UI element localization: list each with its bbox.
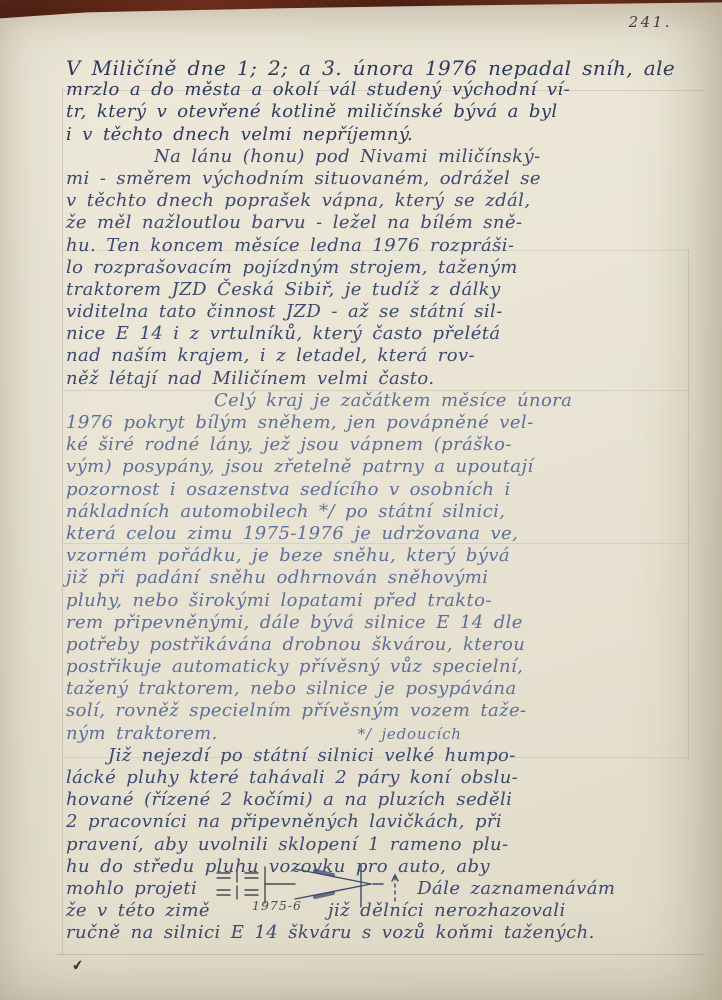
handwritten-line: tr, který v otevřené kotlině miličínské … (66, 101, 694, 123)
paragraph: V Miličíně dne 1; 2; a 3. února 1976 nep… (66, 57, 694, 146)
handwritten-line: V Miličíně dne 1; 2; a 3. února 1976 nep… (66, 57, 694, 79)
handwritten-line: viditelna tato činnost JZD - až se státn… (66, 301, 694, 323)
handwritten-line: hu. Ten koncem měsíce ledna 1976 rozpráš… (66, 235, 694, 257)
handwritten-line: tažený traktorem, nebo silnice je posypá… (66, 678, 694, 700)
handwritten-line: Celý kraj je začátkem měsíce února (66, 390, 694, 412)
handwritten-line: Již nejezdí po státní silnici velké hump… (66, 745, 694, 767)
handwritten-line: mrzlo a do města a okolí vál studený výc… (66, 79, 694, 101)
book-binding-edge (0, 0, 722, 20)
handwritten-line-with-sketch: mohlo projeti Dále zaznamenávám (66, 878, 694, 900)
handwritten-text: že v této zimě (66, 900, 210, 922)
handwritten-line: ným traktorem.*/ jedoucích (66, 723, 694, 745)
handwritten-line: nákladních automobilech */ po státní sil… (66, 501, 694, 523)
handwritten-line: vzorném pořádku, je beze sněhu, který bý… (66, 545, 694, 567)
handwritten-line: nad naším krajem, i z letadel, která rov… (66, 345, 694, 367)
handwritten-line: ké širé rodné lány, jež jsou vápnem (prá… (66, 434, 694, 456)
handwritten-line: traktorem JZD Česká Sibiř, je tudíž z dá… (66, 279, 694, 301)
handwritten-line: postřikuje automaticky přívěsný vůz spec… (66, 656, 694, 678)
paper-seam (55, 954, 705, 955)
handwritten-line: vým) posypány, jsou zřetelně patrny a up… (66, 456, 694, 478)
handwritten-line: nice E 14 i z vrtulníků, který často pře… (66, 323, 694, 345)
handwritten-line: hované (řízené 2 kočími) a na pluzích se… (66, 789, 694, 811)
handwritten-line: již při padání sněhu odhrnován sněhovými (66, 567, 694, 589)
handwritten-line: mi - směrem východním situovaném, odráže… (66, 168, 694, 190)
handwritten-line: pluhy, nebo širokými lopatami před trakt… (66, 590, 694, 612)
handwritten-line: něž létají nad Miličínem velmi často. (66, 368, 694, 390)
handwritten-line: v těchto dnech poprašek vápna, který se … (66, 190, 694, 212)
handwritten-line: lácké pluhy které tahávali 2 páry koní o… (66, 767, 694, 789)
handwritten-line: že v této zimě1975-6již dělníci nerozhaz… (66, 900, 694, 922)
chronicle-page-scan: 241. V Miličíně dne 1; 2; a 3. února 197… (0, 0, 722, 1000)
handwritten-line: rem připevněnými, dále bývá silnice E 14… (66, 612, 694, 634)
handwritten-text: již dělníci nerozhazovali (328, 900, 566, 922)
check-mark: ✔ (71, 957, 85, 974)
handwritten-line: pravení, aby uvolnili sklopení 1 rameno … (66, 834, 694, 856)
footnote-text: */ jedoucích (358, 725, 462, 743)
handwritten-line: pozornost i osazenstva sedícího v osobní… (66, 479, 694, 501)
paragraph: Celý kraj je začátkem měsíce února1976 p… (66, 390, 694, 745)
sketch-year-label: 1975-6 (252, 895, 302, 917)
paragraph: Na lánu (honu) pod Nivami miličínský-mi … (66, 146, 694, 390)
handwritten-line: 1976 pokryt bílým sněhem, jen povápněné … (66, 412, 694, 434)
handwritten-line: 2 pracovníci na připevněných lavičkách, … (66, 811, 694, 833)
handwritten-text: Dále zaznamenávám (417, 878, 615, 900)
handwritten-line: Na lánu (honu) pod Nivami miličínský- (66, 146, 694, 168)
handwritten-line: ručně na silnici E 14 škváru s vozů koňm… (66, 922, 694, 944)
handwritten-line: lo rozprašovacím pojízdným strojem, taže… (66, 257, 694, 279)
paragraph: Již nejezdí po státní silnici velké hump… (66, 745, 694, 945)
paper-seam (62, 88, 63, 956)
handwritten-line: potřeby postřikávána drobnou škvárou, kt… (66, 634, 694, 656)
handwritten-line: která celou zimu 1975-1976 je udržovana … (66, 523, 694, 545)
plough-blade (315, 871, 333, 897)
handwritten-text-block: V Miličíně dne 1; 2; a 3. února 1976 nep… (66, 57, 694, 945)
handwritten-line: že měl nažloutlou barvu - ležel na bílém… (66, 212, 694, 234)
handwritten-line: i v těchto dnech velmi nepříjemný. (66, 124, 694, 146)
handwritten-text: ným traktorem. (66, 723, 218, 744)
handwritten-line: solí, rovněž specielním přívěsným vozem … (66, 700, 694, 722)
page-number: 241. (629, 13, 672, 31)
handwritten-text: mohlo projeti (66, 878, 197, 900)
